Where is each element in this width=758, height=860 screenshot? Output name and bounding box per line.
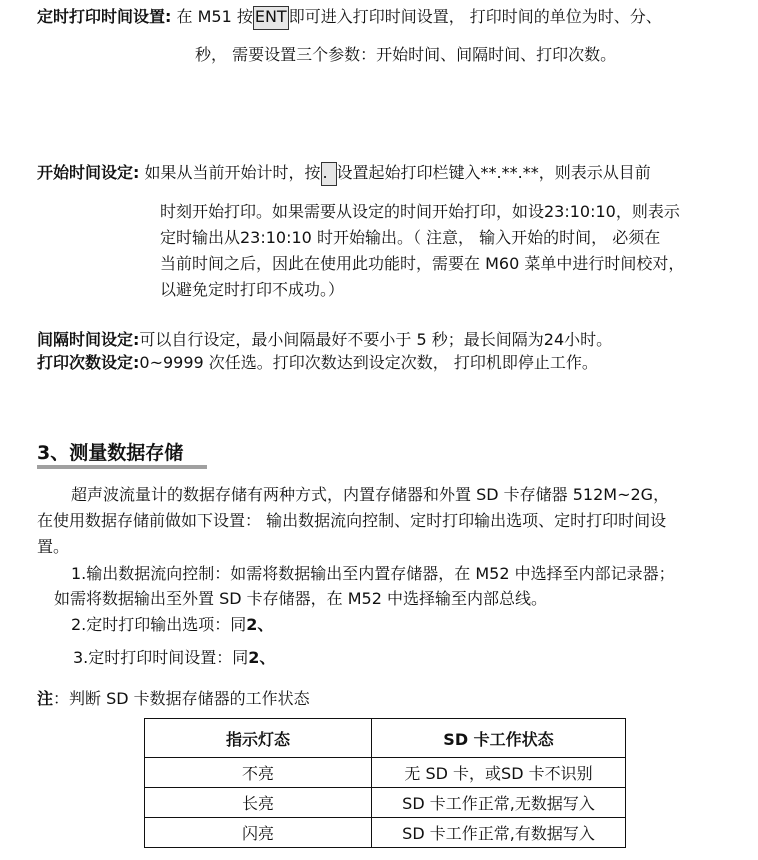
- text: 即可进入打印时间设置， 打印时间的单位为时、分、: [289, 7, 662, 26]
- section-para-line: 在使用数据存储前做如下设置： 输出数据流向控制、定时打印输出选项、定时打印时间设: [37, 508, 666, 531]
- start-time-label: 开始时间设定:: [37, 163, 139, 182]
- interval-line: 间隔时间设定:可以自行设定，最小间隔最好不要小于 5 秒；最长间隔为24小时。: [37, 327, 612, 350]
- list-item: 如需将数据输出至外置 SD 卡存储器，在 M52 中选择输至内部总线。: [54, 586, 547, 609]
- print-count-label: 打印次数设定:: [37, 353, 139, 372]
- start-time-line1: 开始时间设定: 如果从当前开始计时，按.设置起始打印栏键入**.**.**，则表…: [37, 160, 651, 186]
- timed-print-settings-line2: 秒， 需要设置三个参数：开始时间、间隔时间、打印次数。: [195, 42, 616, 65]
- table-row: 闪亮 SD 卡工作正常,有数据写入: [145, 818, 626, 848]
- timed-print-settings-line1: 定时打印时间设置: 在 M51 按ENT即可进入打印时间设置， 打印时间的单位为…: [37, 4, 662, 30]
- heading-underline: [37, 465, 207, 469]
- dot-key: .: [321, 162, 337, 186]
- table-header: 指示灯态: [145, 719, 372, 758]
- sd-status-table: 指示灯态 SD 卡工作状态 不亮 无 SD 卡，或SD 卡不识别 长亮 SD 卡…: [144, 718, 626, 848]
- text: 2、: [248, 648, 275, 667]
- text: ：判断 SD 卡数据存储器的工作状态: [53, 689, 310, 708]
- start-time-line: 定时输出从23:10:10 时开始输出。（ 注意， 输入开始的时间， 必须在: [160, 225, 660, 248]
- table-cell: SD 卡工作正常,有数据写入: [372, 818, 626, 848]
- section-para-line: 超声波流量计的数据存储有两种方式，内置存储器和外置 SD 卡存储器 512M~2…: [71, 482, 669, 505]
- start-time-line: 时刻开始打印。如果需要从设定的时间开始打印，如设23:10:10，则表示: [160, 199, 680, 222]
- text: 设置起始打印栏键入**.**.**，则表示从目前: [337, 163, 651, 182]
- table-cell: 不亮: [145, 758, 372, 788]
- table-row: 不亮 无 SD 卡，或SD 卡不识别: [145, 758, 626, 788]
- table-row: 长亮 SD 卡工作正常,无数据写入: [145, 788, 626, 818]
- print-count-line: 打印次数设定:0~9999 次任选。打印次数达到设定次数， 打印机即停止工作。: [37, 350, 598, 373]
- start-time-line: 以避免定时打印不成功。）: [160, 277, 344, 300]
- note-label: 注: [37, 689, 53, 708]
- text: 2.定时打印输出选项：同: [71, 615, 246, 634]
- text: 如果从当前开始计时，按: [145, 163, 321, 182]
- table-header: SD 卡工作状态: [372, 719, 626, 758]
- text: 可以自行设定，最小间隔最好不要小于 5 秒；最长间隔为24小时。: [139, 330, 612, 349]
- text: 0~9999 次任选。打印次数达到设定次数， 打印机即停止工作。: [139, 353, 597, 372]
- timed-print-settings-label: 定时打印时间设置:: [37, 7, 171, 26]
- list-item: 2.定时打印输出选项：同2、: [71, 612, 273, 635]
- start-time-line: 当前时间之后，因此在使用此功能时，需要在 M60 菜单中进行时间校对，: [160, 251, 684, 274]
- text: 2、: [246, 615, 273, 634]
- text: 3.定时打印时间设置：同: [73, 648, 248, 667]
- table-header-row: 指示灯态 SD 卡工作状态: [145, 719, 626, 758]
- section-para-line: 置。: [37, 534, 69, 557]
- table-cell: SD 卡工作正常,无数据写入: [372, 788, 626, 818]
- ent-key: ENT: [253, 6, 289, 30]
- table-cell: 无 SD 卡，或SD 卡不识别: [372, 758, 626, 788]
- section-heading: 3、测量数据存储: [37, 438, 183, 465]
- text: 在 M51 按: [177, 7, 253, 26]
- table-cell: 长亮: [145, 788, 372, 818]
- note-line: 注：判断 SD 卡数据存储器的工作状态: [37, 686, 310, 709]
- table-cell: 闪亮: [145, 818, 372, 848]
- list-item: 3.定时打印时间设置：同2、: [73, 645, 275, 668]
- list-item: 1.输出数据流向控制：如需将数据输出至内置存储器，在 M52 中选择至内部记录器…: [71, 561, 675, 584]
- interval-label: 间隔时间设定:: [37, 330, 139, 349]
